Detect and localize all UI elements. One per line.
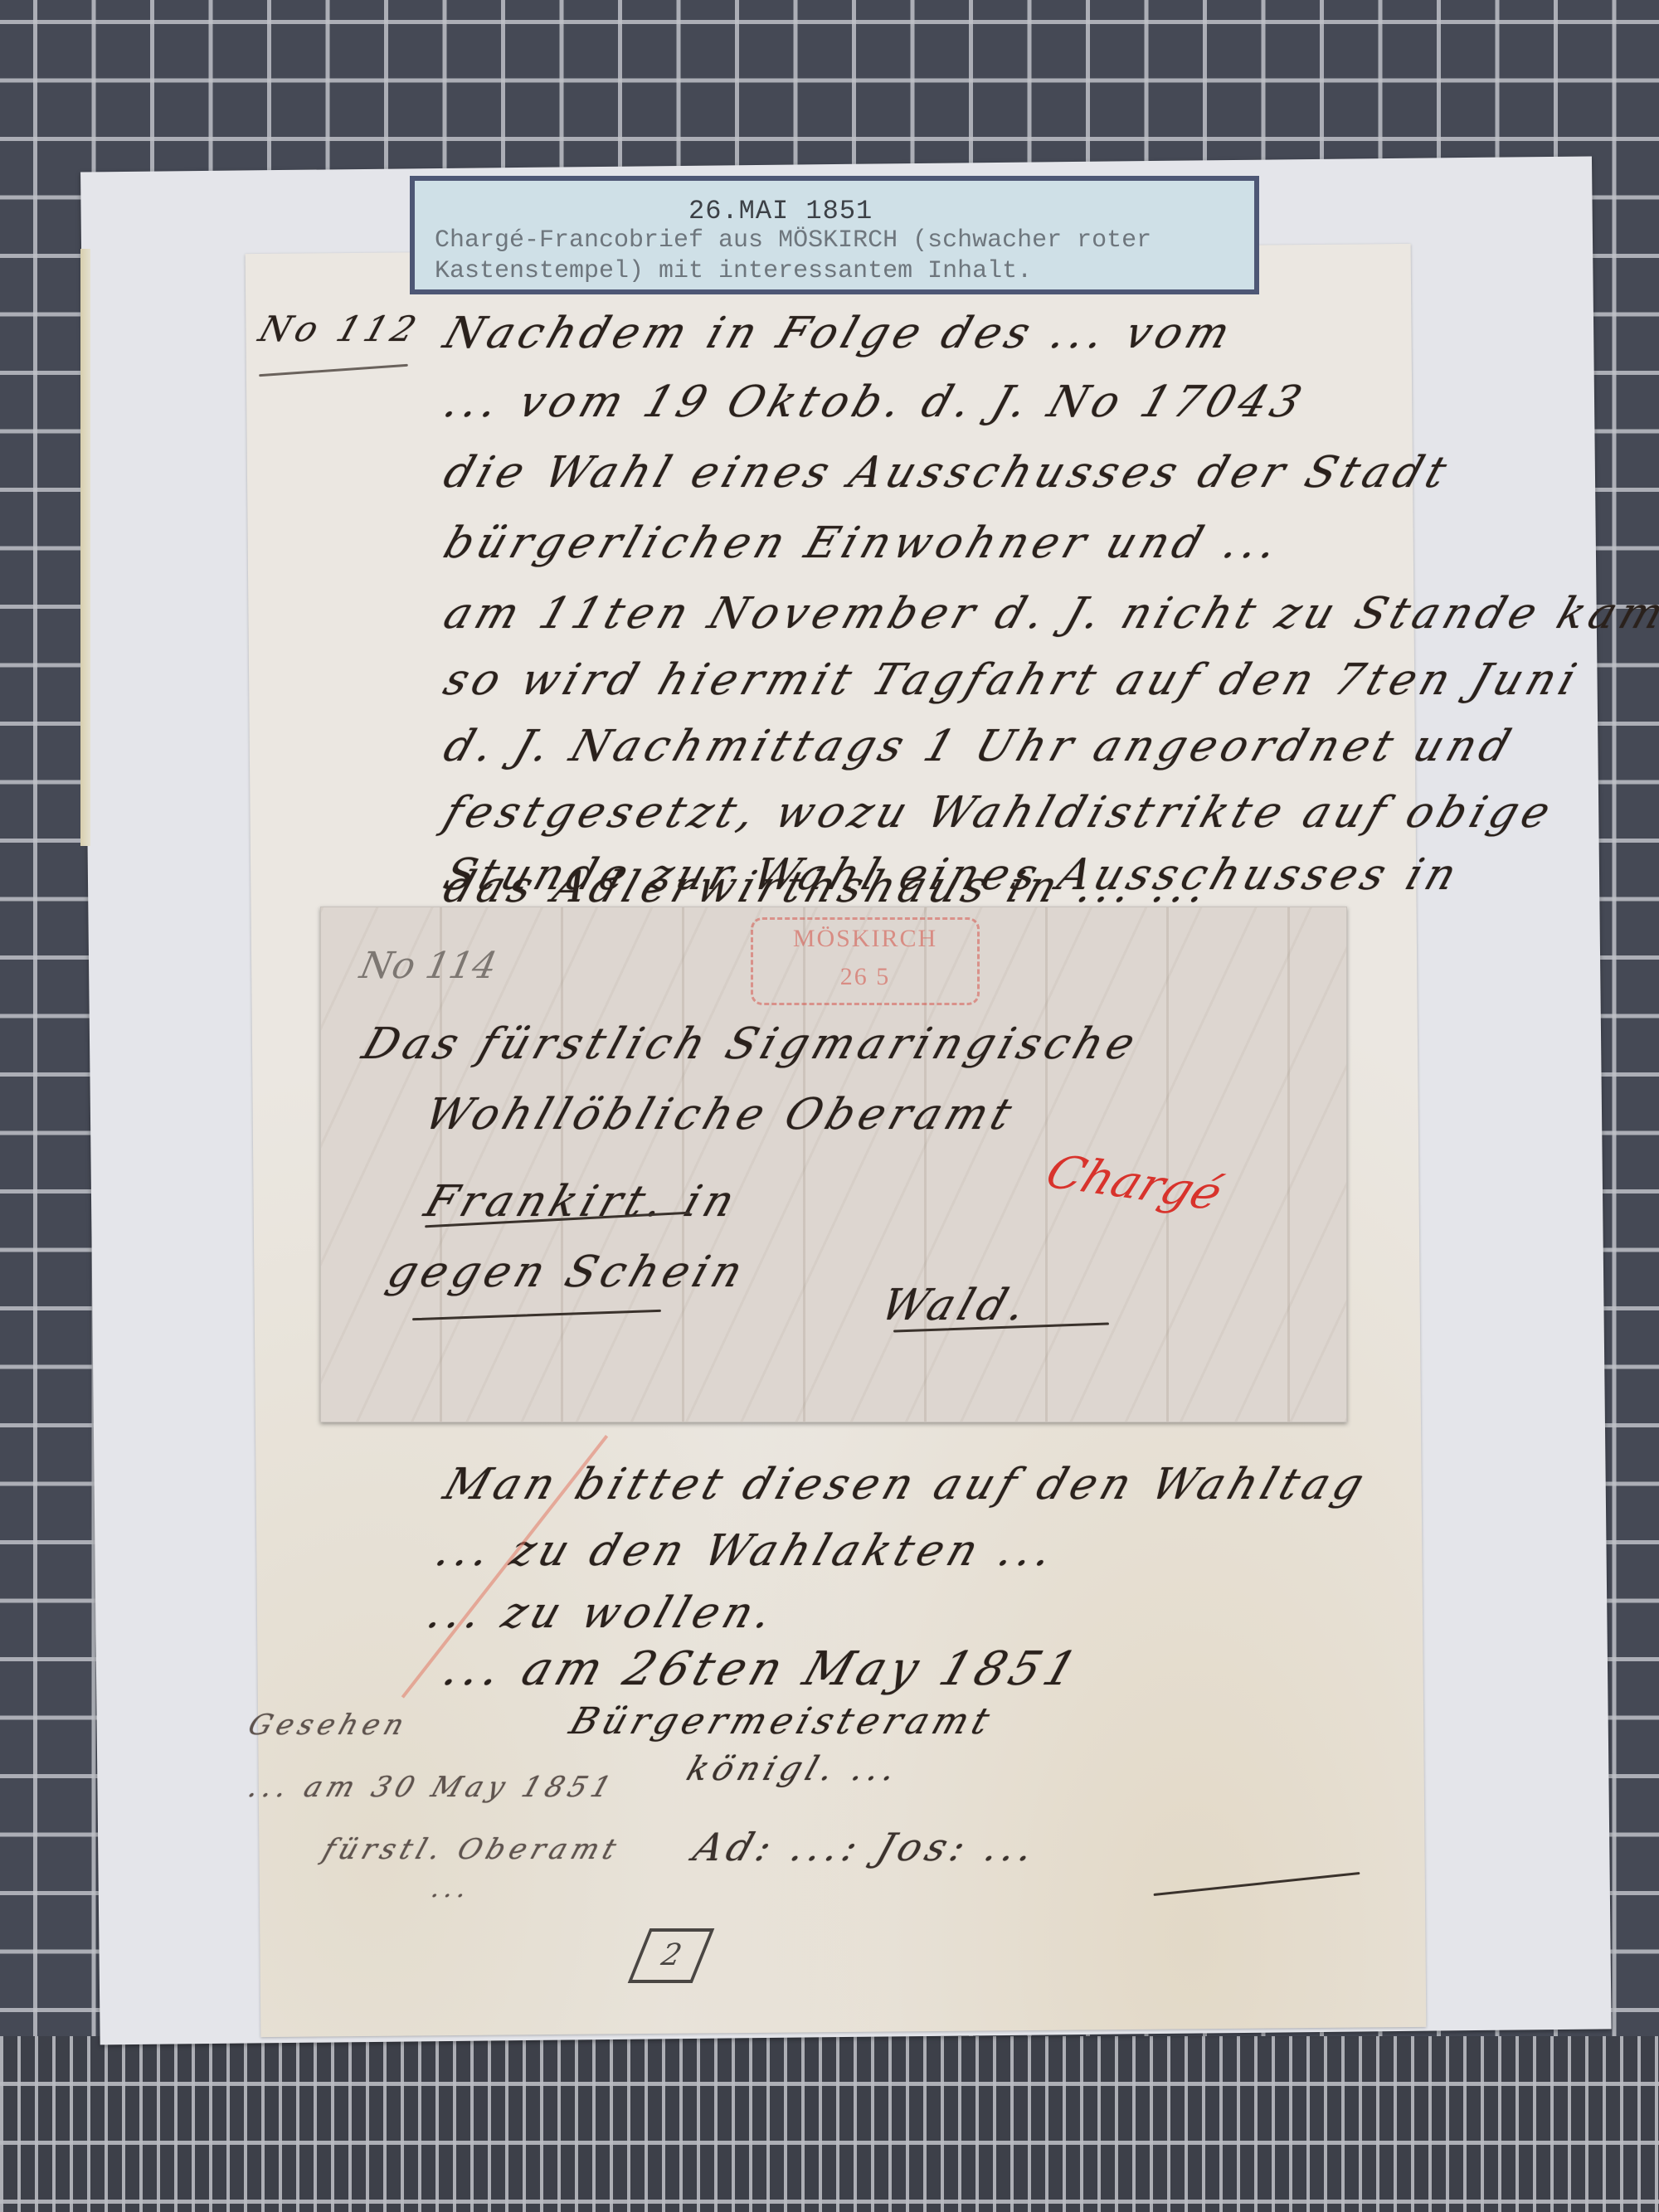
envelope-front: No 114 MÖSKIRCH 26 5 Das fürstlich Sigma… — [320, 907, 1347, 1422]
address-line-4: gegen Schein — [386, 1247, 754, 1284]
label-description-line-1: Chargé-Francobrief aus MÖSKIRCH (schwach… — [435, 226, 1151, 255]
postmark-town: MÖSKIRCH — [753, 920, 977, 958]
signature-name: Ad: ...: Jos: ... — [691, 1825, 1045, 1861]
letter-line-5: am 11ten November d. J. nicht zu Stande … — [442, 589, 1659, 625]
signature-title: königl. ... — [683, 1750, 906, 1787]
postmark-date: 26 5 — [753, 958, 977, 996]
letter-line-6: so wird hiermit Tagfahrt auf den 7ten Ju… — [442, 655, 1587, 692]
letter-line-4: bürgerlichen Einwohner und ... — [442, 518, 1289, 555]
letter-reference-number: No 112 — [255, 309, 426, 345]
letter-line-3: die Wahl eines Ausschusses der Stadt — [442, 448, 1457, 484]
label-date: 26.MAI 1851 — [688, 196, 873, 226]
letter-closing-line-3: ... zu wollen. — [426, 1588, 784, 1625]
margin-note-line-1: Gesehen — [243, 1709, 413, 1745]
schein-flourish — [412, 1310, 661, 1320]
album-page-tape-edge — [80, 249, 90, 846]
address-line-3: Frankirt. in — [423, 1177, 746, 1213]
letter-line-8: festgesetzt, wozu Wahldistrikte auf obig… — [442, 788, 1561, 824]
red-box-postmark: MÖSKIRCH 26 5 — [751, 917, 980, 1005]
margin-note-line-2: ... am 30 May 1851 — [243, 1771, 620, 1807]
envelope-pencil-number: No 114 — [357, 945, 501, 987]
letter-date-line: ... am 26ten May 1851 — [442, 1642, 1088, 1679]
address-line-2: Wohllöbliche Oberamt — [423, 1090, 1023, 1126]
letter-line-2: ... vom 19 Oktob. d. J. No 17043 — [442, 377, 1312, 414]
letter-line-7: d. J. Nachmittags 1 Uhr angeordnet und — [442, 722, 1521, 758]
margin-note-line-3: fürstl. Oberamt — [318, 1833, 625, 1869]
address-line-5: Wald. — [879, 1281, 1038, 1317]
letter-line-10: das Adlerwirthshaus in ... ... — [442, 863, 1219, 899]
letter-line-1: Nachdem in Folge des ... vom — [442, 309, 1241, 345]
signature-office: Bürgermeisteramt — [567, 1700, 1000, 1737]
address-line-1: Das fürstlich Sigmaringische — [361, 1019, 1146, 1056]
background-grid-bottom — [0, 2036, 1659, 2212]
album-caption-label: 26.MAI 1851 Chargé-Francobrief aus MÖSKI… — [410, 176, 1259, 294]
charge-red-marking: Chargé — [1038, 1145, 1229, 1221]
letter-closing-line-2: ... zu den Wahlakten ... — [434, 1526, 1064, 1563]
label-description-line-2: Kastenstempel) mit interessantem Inhalt. — [435, 257, 1032, 285]
